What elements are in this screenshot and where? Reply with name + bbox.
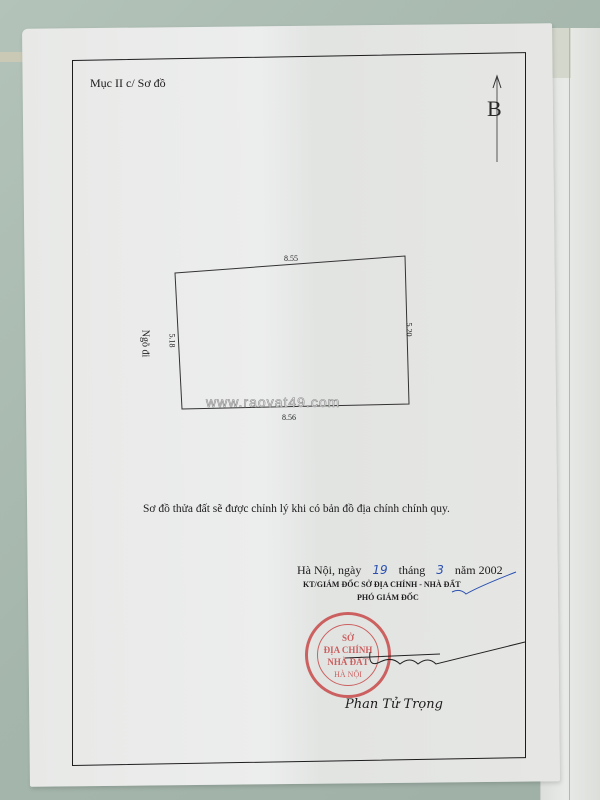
dimension-right: 5.20: [405, 323, 414, 337]
watermark: www.raovat49.com: [206, 394, 340, 410]
road-label: Ngõ đi: [139, 330, 150, 358]
signatory-title: KT/GIÁM ĐỐC SỞ ĐỊA CHÍNH - NHÀ ĐẤT: [303, 580, 461, 589]
dimension-top: 8.55: [284, 254, 298, 263]
date-month-label: tháng: [399, 563, 426, 577]
dimension-left: 5.18: [168, 334, 177, 348]
date-day: 19: [372, 563, 387, 577]
signature-icon: [340, 640, 530, 680]
signatory-position: PHÓ GIÁM ĐỐC: [357, 593, 419, 602]
plot-note: Sơ đồ thửa đất sẽ được chỉnh lý khi có b…: [143, 503, 450, 515]
date-prefix: Hà Nội, ngày: [297, 563, 361, 577]
dimension-bottom: 8.56: [282, 413, 296, 422]
signer-name: Phan Tử Trọng: [345, 697, 443, 712]
date-month: 3: [436, 563, 444, 577]
